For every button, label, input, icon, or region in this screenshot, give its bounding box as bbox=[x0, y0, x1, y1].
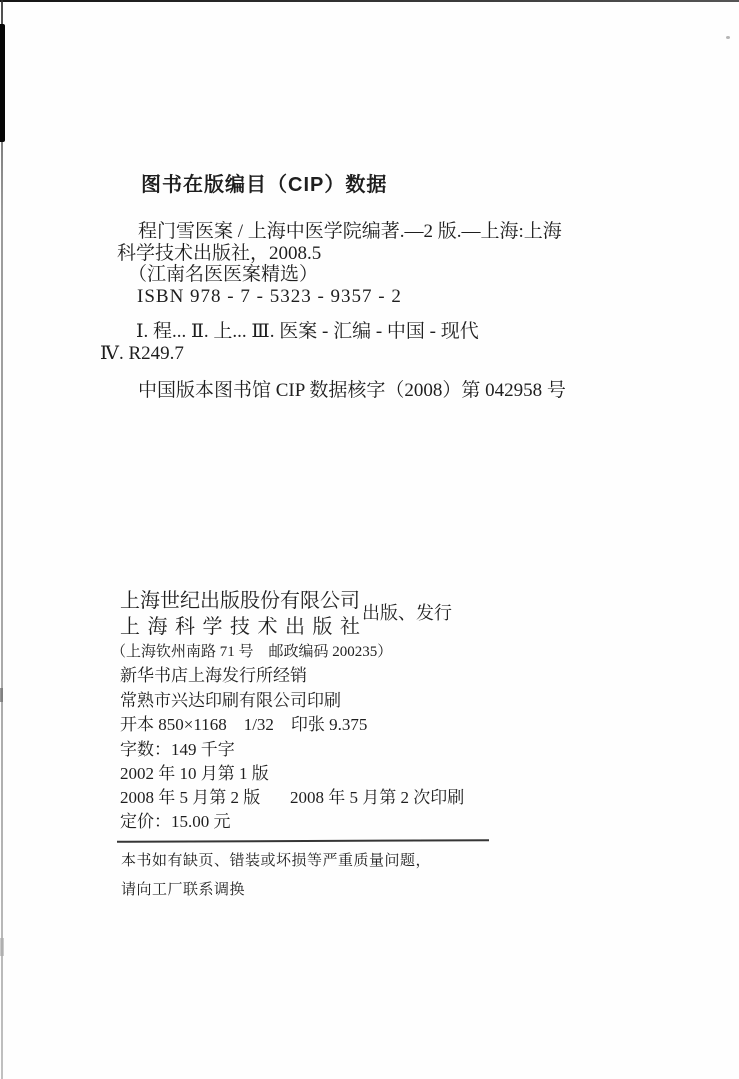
scan-speck bbox=[0, 688, 3, 702]
distributor: 新华书店上海发行所经销 bbox=[120, 666, 307, 686]
scan-speck bbox=[0, 938, 4, 956]
publisher-group-name: 上海世纪出版股份有限公司 bbox=[120, 590, 360, 613]
book-format: 开本 850×1168 1/32 印张 9.375 bbox=[120, 715, 367, 735]
scan-left-edge-line bbox=[1, 0, 3, 1079]
cip-heading: 图书在版编目（CIP）数据 bbox=[141, 174, 387, 197]
printer: 常熟市兴达印刷有限公司印刷 bbox=[120, 691, 341, 711]
scan-top-edge-line bbox=[0, 0, 739, 2]
price: 定价：15.00 元 bbox=[120, 812, 231, 832]
publisher-name: 上海科学技术出版社 bbox=[120, 616, 368, 639]
cip-classification-line-2: Ⅳ. R249.7 bbox=[100, 343, 184, 365]
quality-notice-line-2: 请向工厂联系调换 bbox=[121, 882, 245, 899]
cip-series-title: （江南名医医案精选） bbox=[128, 264, 318, 286]
first-edition-date: 2002 年 10 月第 1 版 bbox=[120, 764, 269, 784]
publisher-address: （上海钦州南路 71 号 邮政编码 200235） bbox=[111, 644, 392, 661]
cip-description-line-1: 程门雪医案 / 上海中医学院编著.—2 版.—上海:上海 bbox=[138, 221, 562, 243]
isbn-number: ISBN 978 - 7 - 5323 - 9357 - 2 bbox=[137, 286, 402, 308]
scan-left-edge-blob bbox=[0, 24, 5, 142]
quality-notice-line-1: 本书如有缺页、错装或坏损等严重质量问题， bbox=[121, 853, 431, 870]
current-printing-date: 2008 年 5 月第 2 次印刷 bbox=[290, 788, 464, 808]
current-edition-date: 2008 年 5 月第 2 版 bbox=[120, 788, 260, 808]
word-count: 字数：149 千字 bbox=[120, 740, 235, 760]
scan-speck bbox=[726, 36, 730, 39]
cip-record-number: 中国版本图书馆 CIP 数据核字（2008）第 042958 号 bbox=[138, 380, 566, 402]
cip-description-line-2: 科学技术出版社，2008.5 bbox=[117, 243, 321, 265]
book-copyright-page: 图书在版编目（CIP）数据 程门雪医案 / 上海中医学院编著.—2 版.—上海:… bbox=[0, 0, 739, 1079]
publisher-role: 出版、发行 bbox=[362, 603, 452, 624]
notice-divider-line bbox=[117, 839, 489, 843]
cip-classification-line-1: Ⅰ. 程... Ⅱ. 上... Ⅲ. 医案 - 汇编 - 中国 - 现代 bbox=[136, 321, 479, 343]
